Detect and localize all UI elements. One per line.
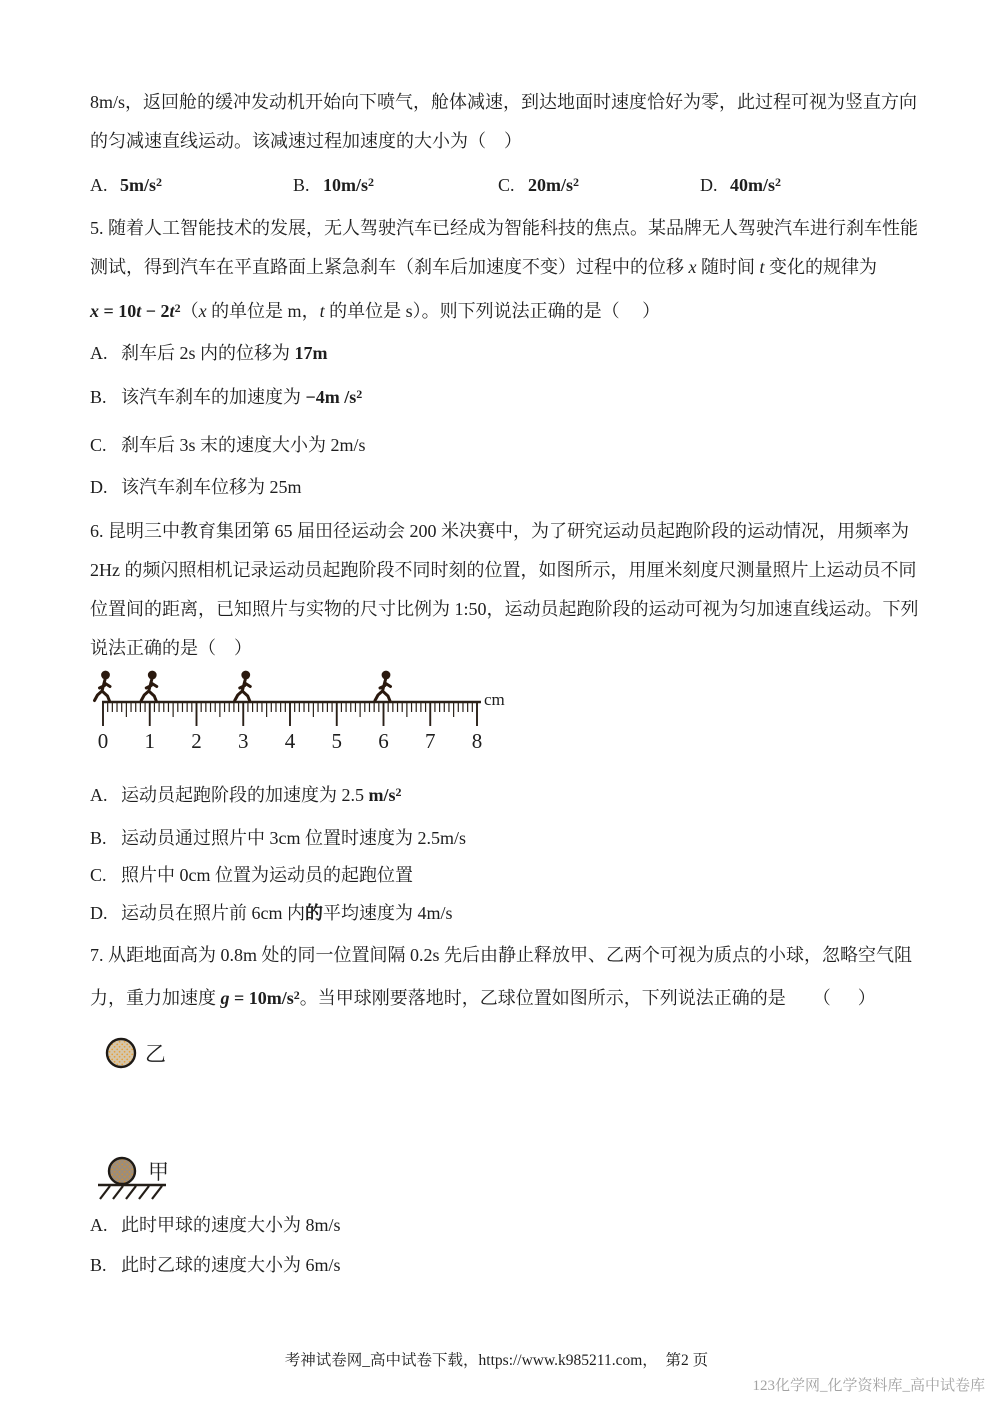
option-label: C.: [90, 860, 121, 890]
option-text: 刹车后 2s 内的位移为 17m: [121, 343, 328, 363]
question-7-line-1: 7. 从距地面高为 0.8m 处的同一位置间隔 0.2s 先后由静止释放甲、乙两…: [90, 936, 912, 975]
runner-icon: [141, 671, 157, 701]
ruler-tick-label: 3: [238, 729, 249, 753]
option-label: B.: [293, 168, 323, 202]
question-4-option-a: A.5m/s2: [90, 168, 162, 202]
question-7-option-b: B.此时乙球的速度大小为 6m/s: [90, 1250, 341, 1280]
ruler-tick-label: 4: [285, 729, 296, 753]
option-value: 10m/s2: [323, 175, 374, 195]
runner-icon: [375, 671, 391, 701]
ball-jia-label: 甲: [148, 1160, 169, 1184]
option-text: 该汽车刹车的加速度为 −4m /s2: [121, 387, 362, 407]
ruler-tick-label: 1: [145, 729, 156, 753]
option-text: 运动员通过照片中 3cm 位置时速度为 2.5m/s: [121, 828, 466, 848]
question-6-line-2: 2Hz 的频闪照相机记录运动员起跑阶段不同时刻的位置，如图所示，用厘米刻度尺测量…: [90, 551, 919, 590]
option-text: 此时甲球的速度大小为 8m/s: [121, 1215, 341, 1235]
watermark: 123化学网_化学资料库_高中试卷库: [752, 1374, 985, 1395]
ground-hatch-icon: [100, 1186, 162, 1199]
option-text: 照片中 0cm 位置为运动员的起跑位置: [121, 865, 413, 885]
exam-page: 8m/s，返回舱的缓冲发动机开始向下喷气，舱体减速，到达地面时速度恰好为零，此过…: [0, 0, 993, 1404]
ball-diagram: 乙 甲: [96, 1028, 226, 1203]
question-5-formula-line: x = 10t − 2t2（x 的单位是 m，t 的单位是 s）。则下列说法正确…: [90, 287, 918, 335]
option-text: 运动员起跑阶段的加速度为 2.5 m/s2: [121, 785, 402, 805]
ruler-tick-label: 8: [472, 729, 483, 753]
option-text: 刹车后 3s 末的速度大小为 2m/s: [121, 435, 366, 455]
ruler-diagram: 012345678cm: [86, 662, 516, 762]
option-text: 此时乙球的速度大小为 6m/s: [121, 1255, 341, 1275]
ball-yi-icon: [107, 1039, 135, 1067]
option-label: C.: [498, 168, 528, 202]
question-5-option-a: A.刹车后 2s 内的位移为 17m: [90, 338, 328, 368]
ruler-figure: 012345678cm: [86, 662, 516, 767]
option-label: A.: [90, 1210, 121, 1240]
balls-figure: 乙 甲: [96, 1028, 226, 1208]
ruler-tick-label: 2: [191, 729, 202, 753]
runner-icon: [95, 671, 111, 701]
question-4-line-2: 的匀减速直线运动。该减速过程加速度的大小为（ ）: [90, 122, 917, 161]
ball-jia-icon: [109, 1158, 135, 1184]
option-value: 40m/s2: [730, 175, 781, 195]
question-4-option-c: C.20m/s2: [498, 168, 579, 202]
ruler-tick-label: 6: [378, 729, 389, 753]
question-6-option-a: A.运动员起跑阶段的加速度为 2.5 m/s2: [90, 780, 402, 810]
question-6-line-3: 位置间的距离，已知照片与实物的尺寸比例为 1:50，运动员起跑阶段的运动可视为匀…: [90, 590, 919, 629]
ruler-tick-label: 7: [425, 729, 436, 753]
question-4-options: A.5m/s2 B.10m/s2 C.20m/s2 D.40m/s2: [90, 168, 913, 202]
question-5-option-d: D.该汽车刹车位移为 25m: [90, 472, 302, 502]
option-label: B.: [90, 1250, 121, 1280]
option-label: A.: [90, 338, 121, 368]
option-label: D.: [90, 472, 121, 502]
ruler-tick-label: 0: [98, 729, 109, 753]
question-5-option-b: B.该汽车刹车的加速度为 −4m /s2: [90, 382, 362, 412]
question-4-option-d: D.40m/s2: [700, 168, 781, 202]
option-label: A.: [90, 780, 121, 810]
question-5-option-c: C.刹车后 3s 末的速度大小为 2m/s: [90, 430, 366, 460]
option-value: 20m/s2: [528, 175, 579, 195]
question-7-line-2: 力，重力加速度 g = 10m/s2。当甲球刚要落地时，乙球位置如图所示，下列说…: [90, 975, 912, 1021]
question-6-line-1: 6. 昆明三中教育集团第 65 届田径运动会 200 米决赛中，为了研究运动员起…: [90, 512, 919, 551]
runner-icon: [235, 671, 251, 701]
ruler-tick-label: 5: [332, 729, 343, 753]
question-6-option-c: C.照片中 0cm 位置为运动员的起跑位置: [90, 860, 413, 890]
question-7-option-a: A.此时甲球的速度大小为 8m/s: [90, 1210, 341, 1240]
ruler-ticks: [103, 702, 477, 726]
question-5-line-1: 5. 随着人工智能技术的发展，无人驾驶汽车已经成为智能科技的焦点。某品牌无人驾驶…: [90, 209, 918, 248]
option-label: C.: [90, 430, 121, 460]
option-label: B.: [90, 382, 121, 412]
option-label: B.: [90, 823, 121, 853]
question-5-text: 5. 随着人工智能技术的发展，无人驾驶汽车已经成为智能科技的焦点。某品牌无人驾驶…: [90, 209, 918, 335]
option-text: 该汽车刹车位移为 25m: [121, 477, 302, 497]
question-4-option-b: B.10m/s2: [293, 168, 374, 202]
option-label: D.: [700, 168, 730, 202]
question-4-text: 8m/s，返回舱的缓冲发动机开始向下喷气，舱体减速，到达地面时速度恰好为零，此过…: [90, 83, 917, 161]
option-label: D.: [90, 898, 121, 928]
question-6-option-d: D.运动员在照片前 6cm 内的平均速度为 4m/s: [90, 898, 453, 928]
question-5-line-2: 测试，得到汽车在平直路面上紧急刹车（刹车后加速度不变）过程中的位移 x 随时间 …: [90, 248, 918, 287]
option-text: 运动员在照片前 6cm 内的平均速度为 4m/s: [121, 903, 453, 923]
option-label: A.: [90, 168, 120, 202]
option-value: 5m/s2: [120, 175, 162, 195]
ruler-unit-label: cm: [484, 690, 505, 709]
question-7-text: 7. 从距地面高为 0.8m 处的同一位置间隔 0.2s 先后由静止释放甲、乙两…: [90, 936, 912, 1021]
question-4-line-1: 8m/s，返回舱的缓冲发动机开始向下喷气，舱体减速，到达地面时速度恰好为零，此过…: [90, 83, 917, 122]
page-footer: 考神试卷网_高中试卷下载，https://www.k985211.com， 第2…: [0, 1348, 993, 1370]
question-6-text: 6. 昆明三中教育集团第 65 届田径运动会 200 米决赛中，为了研究运动员起…: [90, 512, 919, 668]
question-6-option-b: B.运动员通过照片中 3cm 位置时速度为 2.5m/s: [90, 823, 466, 853]
ball-yi-label: 乙: [145, 1042, 166, 1066]
